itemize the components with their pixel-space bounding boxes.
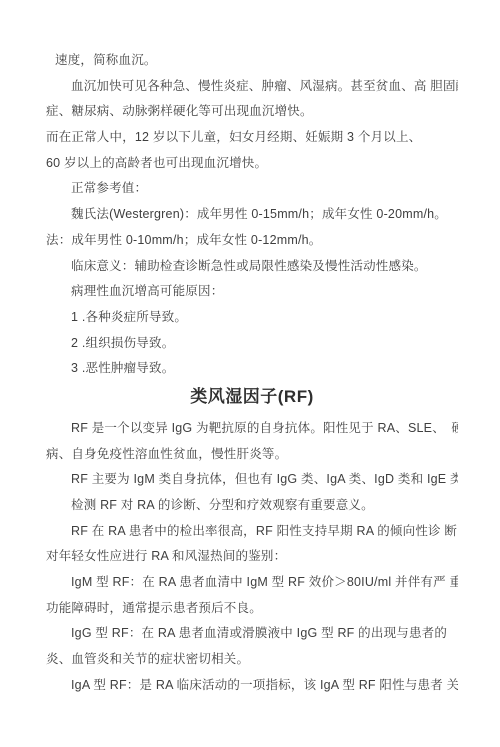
doc-line: RF 在 RA 患者中的检出率很高，RF 阳性支持早期 RA 的倾向性诊 断，如 — [46, 519, 458, 545]
doc-line-clinical-significance: 临床意义：辅助检查诊断急性或局限性感染及慢性活动性感染。 — [46, 254, 458, 280]
doc-line: 病、自身免疫性溶血性贫血，慢性肝炎等。 — [46, 442, 458, 468]
doc-line-iga-rf: IgA 型 RF：是 RA 临床活动的一项指标，该 IgA 型 RF 阳性与患者… — [46, 673, 458, 699]
document-content: 速度，简称血沉。 血沉加快可见各种急、慢性炎症、肿瘤、风湿病。甚至贫血、高 胆固… — [0, 0, 500, 699]
doc-line: 病理性血沉增高可能原因： — [46, 279, 458, 305]
doc-line: 检测 RF 对 RA 的诊断、分型和疗效观察有重要意义。 — [46, 493, 458, 519]
doc-line: 症、糖尿病、动脉粥样硬化等可出现血沉增快。 — [46, 99, 458, 125]
doc-line: 法：成年男性 0-10mm/h；成年女性 0-12mm/h。 — [46, 228, 458, 254]
doc-line-reference-values: 正常参考值： — [46, 176, 458, 202]
doc-list-item: 1 .各种炎症所导致。 — [46, 305, 458, 331]
doc-line-igg-rf: IgG 型 RF：在 RA 患者血清或滑膜液中 IgG 型 RF 的出现与患者的… — [46, 621, 458, 647]
doc-list-item: 3 .恶性肿瘤导致。 — [46, 356, 458, 382]
doc-line: 对年轻女性应进行 RA 和风湿热间的鉴别： — [46, 544, 458, 570]
doc-line: RF 主要为 IgM 类自身抗体，但也有 IgG 类、IgA 类、IgD 类和 … — [46, 467, 458, 493]
doc-line: 功能障碍时，通常提示患者预后不良。 — [46, 596, 458, 622]
doc-line: 炎、血管炎和关节的症状密切相关。 — [46, 647, 458, 673]
doc-line: 血沉加快可见各种急、慢性炎症、肿瘤、风湿病。甚至贫血、高 胆固醇血 — [46, 74, 458, 100]
doc-line: 60 岁以上的高龄者也可出现血沉增快。 — [46, 151, 458, 177]
doc-line: 魏氏法(Westergren)：成年男性 0-15mm/h；成年女性 0-20m… — [46, 202, 458, 228]
doc-line: RF 是一个以变异 IgG 为靶抗原的自身抗体。阳性见于 RA、SLE、 硬皮 — [46, 416, 458, 442]
document-page: 速度，简称血沉。 血沉加快可见各种急、慢性炎症、肿瘤、风湿病。甚至贫血、高 胆固… — [0, 0, 500, 747]
doc-line-igm-rf: IgM 型 RF：在 RA 患者血清中 IgM 型 RF 效价＞80IU/ml … — [46, 570, 458, 596]
section-heading-rf: 类风湿因子(RF) — [46, 382, 458, 411]
doc-line: 速度，简称血沉。 — [46, 48, 458, 74]
doc-line: 而在正常人中，12 岁以下儿童，妇女月经期、妊娠期 3 个月以上、 — [46, 125, 458, 151]
doc-list-item: 2 .组织损伤导致。 — [46, 331, 458, 357]
